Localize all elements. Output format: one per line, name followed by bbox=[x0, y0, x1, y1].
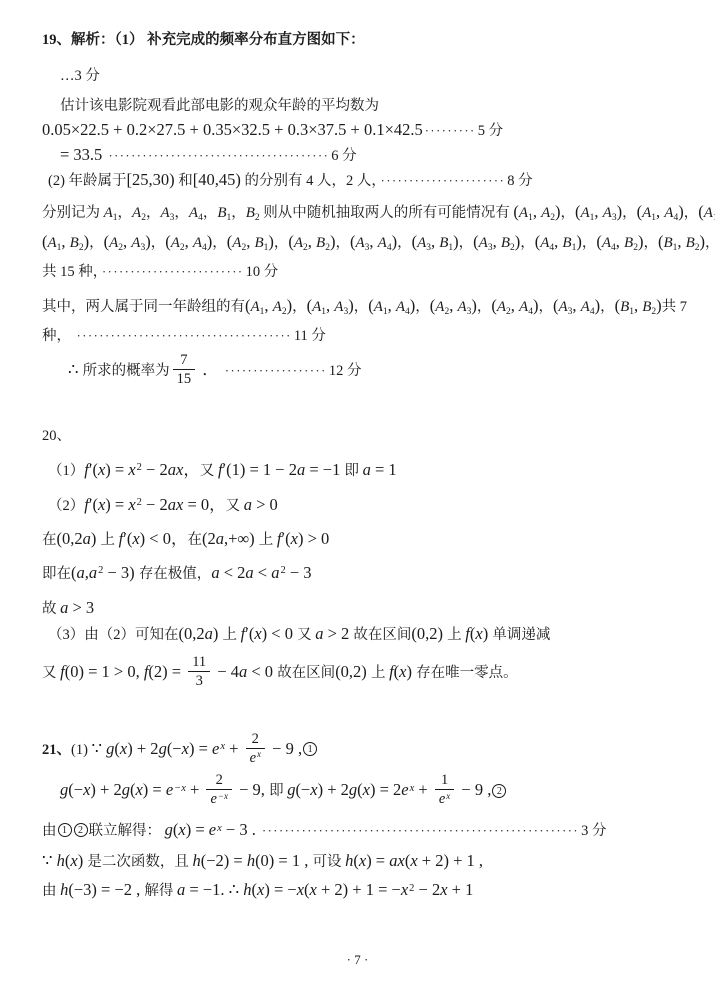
math-var: x bbox=[401, 880, 408, 899]
math-var: a bbox=[89, 563, 97, 582]
pair-list: (A1, B2)，(A2, A3)，(A2, A4)，(A2, B1)，(A2,… bbox=[42, 234, 715, 251]
superscript: 2 bbox=[280, 565, 285, 576]
labeled-var: B1 bbox=[217, 205, 231, 221]
var-letter: B bbox=[624, 235, 633, 251]
cn-text: 由 bbox=[42, 823, 57, 839]
math-var: h bbox=[192, 851, 200, 870]
cn-text: 10 分 bbox=[246, 264, 279, 280]
math-text: + 2) + 1 , bbox=[418, 851, 483, 870]
labeled-var: A2 bbox=[132, 205, 146, 221]
math-var: g bbox=[122, 781, 130, 800]
circled-number: 2 bbox=[492, 784, 506, 798]
math-var: x bbox=[254, 624, 261, 643]
q20-header: 20、 bbox=[42, 424, 691, 448]
q19-score-3: …3 分 bbox=[60, 64, 691, 88]
cn-text: 11 分 bbox=[294, 328, 326, 344]
cn-text: 故在区间 bbox=[277, 665, 335, 681]
labeled-var: A2 bbox=[232, 235, 246, 251]
var-letter: A bbox=[642, 205, 651, 221]
cn-text: ， bbox=[151, 235, 166, 251]
superscript: −x bbox=[218, 791, 228, 801]
subscript: 2 bbox=[695, 243, 700, 253]
q19-outcomes-line2: (A1, B2)，(A2, A3)，(A2, A4)，(A2, B1)，(A2,… bbox=[42, 230, 691, 255]
labeled-var: A4 bbox=[396, 299, 410, 315]
pair: (A2, B2) bbox=[288, 234, 335, 251]
subscript: 3 bbox=[568, 307, 573, 317]
subscript: 4 bbox=[387, 243, 392, 253]
cn-text: ， bbox=[174, 205, 189, 221]
labeled-var: B2 bbox=[624, 235, 638, 251]
fraction-numerator: 11 bbox=[188, 653, 210, 672]
math-text: ) + 2 bbox=[127, 739, 158, 758]
math-var: x bbox=[128, 495, 135, 514]
superscript: 2 bbox=[137, 462, 142, 473]
q21-h-solution: 由 h(−3) = −2 , 解得 a = −1. ∴ h(x) = −x(x … bbox=[42, 878, 691, 903]
cn-text: (1) bbox=[71, 742, 92, 758]
labeled-var: A4 bbox=[378, 235, 392, 251]
cn-text: 又 bbox=[200, 463, 218, 479]
math-text: , bbox=[264, 296, 272, 315]
math-text: , bbox=[533, 202, 541, 221]
cn-text: （3）由（2）可知在 bbox=[48, 627, 179, 643]
subscript: 3 bbox=[343, 307, 348, 317]
cn-text: ， bbox=[146, 205, 161, 221]
cn-text: ， bbox=[274, 235, 289, 251]
pair: (B1, B2) bbox=[615, 298, 662, 315]
math-text: , bbox=[61, 232, 69, 251]
subscript: 4 bbox=[202, 243, 207, 253]
math-text: , bbox=[369, 232, 377, 251]
q20-sign-intervals: 在(0,2a) 上 f′(x) < 0，在(2a,+∞) 上 f′(x) > 0 bbox=[42, 527, 691, 552]
var-letter: A bbox=[132, 205, 141, 221]
q19-outcomes-line1: 分别记为 A1，A2，A3，A4，B1，B2 则从中随机抽取两人的所有可能情况有… bbox=[42, 200, 691, 225]
q19-mean-expression: 0.05×22.5 + 0.2×27.5 + 0.35×32.5 + 0.3×3… bbox=[42, 118, 691, 143]
subscript: 3 bbox=[612, 213, 617, 223]
dot-leader: ······································· bbox=[108, 149, 329, 163]
subscript: 4 bbox=[528, 307, 533, 317]
fraction-numerator: 1 bbox=[435, 771, 454, 790]
labeled-var: A3 bbox=[160, 205, 174, 221]
var-letter: A bbox=[541, 205, 550, 221]
fraction-denominator: ex bbox=[246, 749, 265, 767]
var-letter: A bbox=[273, 299, 282, 315]
math-text: 15 bbox=[177, 371, 192, 387]
subscript: 1 bbox=[321, 307, 326, 317]
subscript: 1 bbox=[528, 213, 533, 223]
math-var: x bbox=[70, 851, 77, 870]
cn-text: 5 分 bbox=[478, 123, 503, 139]
math-var: a bbox=[205, 624, 213, 643]
labeled-var: B1 bbox=[663, 235, 677, 251]
cn-text: ， bbox=[538, 299, 553, 315]
math-var: x bbox=[128, 460, 135, 479]
q20-unique-zero: 又 f(0) = 1 > 0, f(2) = 113 − 4a < 0 故在区间… bbox=[42, 655, 691, 692]
math-var: g bbox=[349, 781, 357, 800]
cn-text: 故在区间 bbox=[353, 627, 411, 643]
math-var: x bbox=[310, 781, 317, 800]
q21-part1-eq2: g(−x) + 2g(x) = e−x + 2e−x − 9, 即 g(−x) … bbox=[60, 773, 691, 810]
subscript: 1 bbox=[572, 243, 577, 253]
math-text: ) bbox=[406, 662, 416, 681]
math-text: ) = bbox=[189, 739, 212, 758]
math-var: a bbox=[245, 563, 253, 582]
cn-text: (2) 年龄属于 bbox=[48, 173, 127, 189]
math-text: > 0 bbox=[252, 495, 278, 514]
cn-text: 种， bbox=[42, 328, 75, 344]
math-var: ax bbox=[168, 495, 184, 514]
var-letter: A bbox=[48, 235, 57, 251]
labeled-var: A2 bbox=[435, 299, 449, 315]
math-text: , bbox=[511, 296, 519, 315]
subscript: 2 bbox=[633, 243, 638, 253]
superscript: x bbox=[257, 749, 261, 759]
math-text: (−2) = bbox=[201, 851, 247, 870]
var-letter: A bbox=[251, 299, 260, 315]
labeled-var: A3 bbox=[417, 235, 431, 251]
q20-extremum: 即在(a,a2 − 3) 存在极值，a < 2a < a2 − 3 bbox=[42, 561, 691, 586]
math-text: − 2 bbox=[142, 460, 168, 479]
superscript: x bbox=[410, 783, 415, 794]
math-text: ) + 2 bbox=[90, 781, 121, 800]
cn-text: 在 bbox=[187, 532, 202, 548]
var-letter: A bbox=[189, 205, 198, 221]
math-text: [25,30) bbox=[127, 170, 175, 189]
var-letter: A bbox=[355, 235, 364, 251]
subscript: 2 bbox=[79, 243, 84, 253]
math-var: x bbox=[178, 820, 185, 839]
math-text: (0) = 1 , bbox=[255, 851, 312, 870]
pair-list: (A1, A2)，(A1, A3)，(A1, A4)，(A2, A3)，(A2,… bbox=[245, 298, 662, 315]
fraction-numerator: 7 bbox=[173, 351, 196, 370]
cn-text: ， bbox=[684, 205, 699, 221]
cn-text: 即 bbox=[345, 463, 363, 479]
var-letter: A bbox=[519, 299, 528, 315]
math-text: + bbox=[414, 781, 432, 800]
math-text: ) bbox=[78, 851, 88, 870]
math-text: , bbox=[388, 296, 396, 315]
math-text: ) = 2 bbox=[370, 781, 401, 800]
math-var: a bbox=[211, 563, 219, 582]
subscript: 1 bbox=[260, 307, 265, 317]
math-text: ∵ bbox=[42, 851, 57, 870]
math-var: x bbox=[440, 880, 447, 899]
math-text: − 3 bbox=[286, 563, 312, 582]
math-text: − 9 , bbox=[268, 739, 302, 758]
math-text: ) = − bbox=[264, 880, 296, 899]
labeled-var: A2 bbox=[541, 205, 555, 221]
var-letter: A bbox=[581, 205, 590, 221]
var-letter: A bbox=[378, 235, 387, 251]
fraction-denominator: 3 bbox=[188, 672, 210, 690]
cn-text: ， bbox=[459, 235, 474, 251]
pair: (A1, A4) bbox=[637, 204, 684, 221]
pair: (A3, A4) bbox=[350, 234, 397, 251]
math-text: (0,2 bbox=[57, 529, 83, 548]
answer-sheet-page: 19、解析：（1） 补充完成的频率分布直方图如下：…3 分估计该电影院观看此部电… bbox=[0, 0, 715, 984]
subscript: 1 bbox=[57, 243, 62, 253]
q20-part3: （3）由（2）可知在(0,2a) 上 f′(x) < 0 又 a > 2 故在区… bbox=[48, 622, 691, 647]
math-text: (− bbox=[295, 781, 310, 800]
math-text: 2 bbox=[252, 731, 259, 747]
cn-text: 12 分 bbox=[329, 363, 362, 379]
labeled-var: A3 bbox=[558, 299, 572, 315]
math-text: (− bbox=[68, 781, 83, 800]
q19-same-group-line2: 种， ·····································… bbox=[42, 324, 691, 348]
labeled-var: A4 bbox=[581, 299, 595, 315]
labeled-var: A4 bbox=[519, 299, 533, 315]
subscript: 2 bbox=[118, 243, 123, 253]
fraction: 2ex bbox=[246, 730, 265, 767]
math-text: < 2 bbox=[220, 563, 246, 582]
cn-text: 故 bbox=[42, 601, 60, 617]
labeled-var: A3 bbox=[131, 235, 145, 251]
labeled-var: B1 bbox=[620, 299, 634, 315]
labeled-var: A3 bbox=[334, 299, 348, 315]
superscript: 2 bbox=[137, 497, 142, 508]
math-text: + bbox=[186, 781, 204, 800]
var-letter: A bbox=[603, 205, 612, 221]
math-var: h bbox=[243, 880, 251, 899]
subscript: 3 bbox=[170, 213, 175, 223]
pair: (A1, B2) bbox=[42, 234, 89, 251]
pair: (A1, B1) bbox=[698, 204, 715, 221]
var-letter: A bbox=[312, 299, 321, 315]
math-var: g bbox=[60, 781, 68, 800]
math-text: ) bbox=[483, 624, 493, 643]
cn-text: ， bbox=[203, 205, 218, 221]
subscript: 4 bbox=[405, 307, 410, 317]
var-letter: B bbox=[246, 205, 255, 221]
math-text: ∵ bbox=[92, 739, 107, 758]
var-letter: A bbox=[479, 235, 488, 251]
labeled-var: A1 bbox=[104, 205, 118, 221]
math-text: ． bbox=[198, 360, 223, 379]
math-var: a bbox=[83, 529, 91, 548]
math-text: (−3) = −2 , bbox=[68, 880, 144, 899]
circled-number: 1 bbox=[58, 823, 72, 837]
cn-text: 所求的概率为 bbox=[83, 363, 170, 379]
math-text: = −1. ∴ bbox=[185, 880, 243, 899]
math-text: , bbox=[677, 232, 685, 251]
labeled-var: A1 bbox=[312, 299, 326, 315]
var-letter: B bbox=[686, 235, 695, 251]
fraction-denominator: 15 bbox=[173, 370, 196, 388]
cn-text: 上 bbox=[223, 627, 241, 643]
math-var: g bbox=[159, 739, 167, 758]
pair: (A1, A4) bbox=[368, 298, 415, 315]
math-text: (0,2) bbox=[411, 624, 447, 643]
q19-header: 19、解析：（1） 补充完成的频率分布直方图如下： bbox=[42, 28, 691, 52]
cn-text: 上 bbox=[447, 627, 465, 643]
circled-number: 1 bbox=[303, 742, 317, 756]
fraction: 113 bbox=[188, 653, 210, 690]
subscript: 1 bbox=[448, 243, 453, 253]
subscript: 3 bbox=[140, 243, 145, 253]
q19-mean-intro: 估计该电影院观看此部电影的观众年龄的平均数为 bbox=[60, 94, 691, 118]
cn-text: ， bbox=[335, 235, 350, 251]
pair: (A1, A3) bbox=[307, 298, 354, 315]
dot-leader: ······································ bbox=[77, 329, 292, 343]
subscript: 4 bbox=[590, 307, 595, 317]
math-text: ) = bbox=[105, 460, 128, 479]
math-text: ) = bbox=[186, 820, 209, 839]
subscript: 3 bbox=[488, 243, 493, 253]
cn-text: 存在唯一零点。 bbox=[416, 665, 518, 681]
math-text: ′( bbox=[89, 495, 98, 514]
labeled-var: A1 bbox=[374, 299, 388, 315]
cn-text: ， bbox=[397, 235, 412, 251]
cn-text: ， bbox=[415, 299, 430, 315]
math-text: ) < 0， bbox=[140, 529, 188, 548]
cn-text: ， bbox=[582, 235, 597, 251]
labeled-var: B2 bbox=[316, 235, 330, 251]
subscript: 2 bbox=[510, 243, 515, 253]
math-text: 11 bbox=[192, 654, 206, 670]
var-letter: B bbox=[620, 299, 629, 315]
labeled-var: A3 bbox=[457, 299, 471, 315]
labeled-var: B1 bbox=[562, 235, 576, 251]
subscript: 4 bbox=[198, 213, 203, 223]
math-text: + bbox=[225, 739, 243, 758]
subscript: 1 bbox=[673, 243, 678, 253]
math-var: e bbox=[209, 820, 216, 839]
labeled-var: A2 bbox=[171, 235, 185, 251]
subscript: 2 bbox=[255, 213, 260, 223]
math-var: x bbox=[291, 529, 298, 548]
cn-text: 可设 bbox=[312, 854, 345, 870]
labeled-var: A3 bbox=[479, 235, 493, 251]
math-var: a bbox=[363, 460, 371, 479]
math-var: h bbox=[247, 851, 255, 870]
math-var: x bbox=[132, 529, 139, 548]
cn-text: ， bbox=[643, 235, 658, 251]
pair: (A3, A4) bbox=[553, 298, 600, 315]
math-text: ,+∞) bbox=[224, 529, 259, 548]
var-letter: A bbox=[396, 299, 405, 315]
math-text: ′(1) = 1 − 2 bbox=[223, 460, 297, 479]
math-var: x bbox=[310, 880, 317, 899]
labeled-var: A1 bbox=[581, 205, 595, 221]
math-var: e bbox=[166, 781, 173, 800]
dot-leader: ······················ bbox=[381, 174, 506, 188]
math-var: e bbox=[210, 791, 216, 807]
cn-text: 上 bbox=[101, 532, 119, 548]
cn-text: 存在极值， bbox=[139, 566, 212, 582]
math-var: a bbox=[239, 662, 247, 681]
subscript: 2 bbox=[444, 307, 449, 317]
math-text: = 33.5 bbox=[60, 145, 106, 164]
pair: (A2, A3) bbox=[430, 298, 477, 315]
cn-text: 由 bbox=[42, 883, 60, 899]
subscript: 2 bbox=[506, 307, 511, 317]
superscript: 2 bbox=[98, 565, 103, 576]
cn-text: ， bbox=[212, 235, 227, 251]
subscript: 2 bbox=[651, 307, 656, 317]
labeled-var: B2 bbox=[70, 235, 84, 251]
var-letter: A bbox=[457, 299, 466, 315]
labeled-var: A3 bbox=[603, 205, 617, 221]
pair: (A2, A4) bbox=[165, 234, 212, 251]
q21-g-solution: 由12联立解得： g(x) = ex − 3 . ···············… bbox=[42, 818, 691, 843]
cn-text: ， bbox=[231, 205, 246, 221]
cn-text: 其中，两人属于同一年龄组的有 bbox=[42, 299, 245, 315]
var-letter: A bbox=[558, 299, 567, 315]
labeled-var: A1 bbox=[519, 205, 533, 221]
subscript: 2 bbox=[282, 307, 287, 317]
cn-text: ， bbox=[292, 299, 307, 315]
math-var: x bbox=[182, 739, 189, 758]
cn-text: 分别记为 bbox=[42, 205, 104, 221]
subscript: 1 bbox=[264, 243, 269, 253]
cn-text: 估计该电影院观看此部电影的观众年龄的平均数为 bbox=[60, 98, 379, 114]
cn-text: 又 bbox=[226, 498, 244, 514]
math-var: x bbox=[135, 781, 142, 800]
math-var: a bbox=[244, 495, 252, 514]
subscript: 1 bbox=[590, 213, 595, 223]
math-text: ) = bbox=[143, 781, 166, 800]
cn-text: 联立解得： bbox=[89, 823, 165, 839]
labeled-var: B2 bbox=[246, 205, 260, 221]
cn-text: 解得 bbox=[144, 883, 177, 899]
math-text: ) = bbox=[105, 495, 128, 514]
pair: (A1, A2) bbox=[513, 204, 560, 221]
cn-text: 即在 bbox=[42, 566, 71, 582]
subscript: 2 bbox=[180, 243, 185, 253]
superscript: −x bbox=[174, 783, 186, 794]
cn-text: 共 7 bbox=[662, 299, 687, 315]
cn-text: 上 bbox=[371, 665, 389, 681]
cn-text: 3 分 bbox=[581, 823, 606, 839]
cn-text: ， bbox=[622, 205, 637, 221]
pair: (A4, B2) bbox=[596, 234, 643, 251]
fraction-numerator: 2 bbox=[246, 730, 265, 749]
var-letter: A bbox=[104, 205, 113, 221]
superscript: 2 bbox=[409, 883, 414, 894]
subscript: 2 bbox=[303, 243, 308, 253]
labeled-var: A2 bbox=[109, 235, 123, 251]
pair: (B1, B2) bbox=[658, 234, 705, 251]
cn-text: ， bbox=[354, 299, 369, 315]
var-letter: B bbox=[663, 235, 672, 251]
q20-a-range: 故 a > 3 bbox=[42, 596, 691, 621]
cn-text: 单调递减 bbox=[492, 627, 550, 643]
pair: (A1, A2) bbox=[245, 298, 292, 315]
q20-part1: （1）f′(x) = x2 − 2ax，又 f′(1) = 1 − 2a = −… bbox=[48, 458, 691, 483]
math-text: ) bbox=[91, 529, 101, 548]
subscript: 3 bbox=[467, 307, 472, 317]
q19-same-group-line1: 其中，两人属于同一年龄组的有(A1, A2)，(A1, A3)，(A1, A4)… bbox=[42, 294, 691, 319]
document-content: 19、解析：（1） 补充完成的频率分布直方图如下：…3 分估计该电影院观看此部电… bbox=[42, 28, 691, 903]
var-letter: B bbox=[316, 235, 325, 251]
math-text: = 1 bbox=[371, 460, 397, 479]
pair: (A3, B2) bbox=[473, 234, 520, 251]
math-text: + 2) + 1 = − bbox=[317, 880, 401, 899]
math-text: (0) = 1 > 0, bbox=[65, 662, 144, 681]
pair: (A2, A3) bbox=[104, 234, 151, 251]
var-letter: A bbox=[704, 205, 713, 221]
math-text: 3 bbox=[196, 673, 203, 689]
labeled-var: A4 bbox=[664, 205, 678, 221]
subscript: 2 bbox=[325, 243, 330, 253]
labeled-var: A4 bbox=[193, 235, 207, 251]
var-letter: B bbox=[562, 235, 571, 251]
labeled-var: B1 bbox=[254, 235, 268, 251]
var-letter: A bbox=[294, 235, 303, 251]
cn-text: 则从中随机抽取两人的所有可能情况有 bbox=[260, 205, 514, 221]
math-var: a bbox=[216, 529, 224, 548]
cn-text: （2） bbox=[48, 498, 84, 514]
var-letter: A bbox=[374, 299, 383, 315]
